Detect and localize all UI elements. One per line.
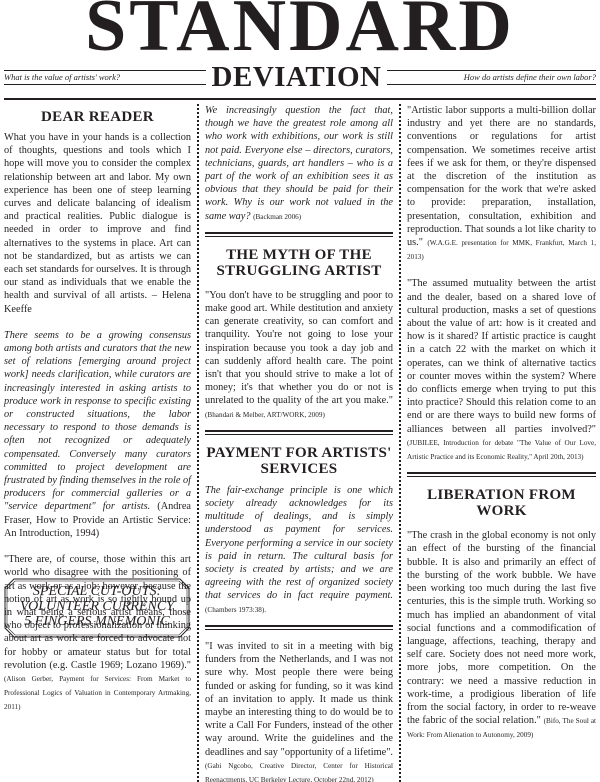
- section-heading-liberation: LIBERATION FROM WORK: [407, 487, 596, 519]
- bifo-quote: "The crash in the global economy is not …: [407, 529, 596, 742]
- quote-citation: (Gabi Ngcobo, Creative Director, Center …: [205, 762, 393, 782]
- section-heading-payment: PAYMENT FOR ARTISTS' SERVICES: [205, 445, 393, 477]
- wage-quote: "Artistic labor supports a multi-billion…: [407, 104, 596, 264]
- quote-text: We increasingly question the fact that, …: [205, 105, 393, 222]
- quote-citation: (Backman 2006): [253, 213, 301, 221]
- section-rule: [205, 232, 393, 237]
- column-2: We increasingly question the fact that, …: [205, 104, 393, 782]
- cutouts-text: SPECIAL CUT-OUTS: VOLUNTEER CURRENCY 5 F…: [4, 584, 190, 629]
- column-divider: [399, 104, 401, 782]
- fraser-quote: There seems to be a growing consensus am…: [4, 329, 191, 540]
- section-heading-dear-reader: DEAR READER: [4, 109, 191, 125]
- quote-text: "The assumed mutuality between the artis…: [407, 278, 596, 434]
- cutouts-line-3: 5 FINGERS MNEMONIC: [4, 614, 190, 629]
- quote-text: "The crash in the global economy is not …: [407, 530, 596, 726]
- column-3: "Artistic labor supports a multi-billion…: [407, 104, 596, 782]
- backman-quote: We increasingly question the fact that, …: [205, 104, 393, 224]
- quote-citation: (Alison Gerber, Payment for Services: Fr…: [4, 675, 191, 711]
- tagline-left: What is the value of artists' work?: [4, 70, 206, 85]
- quote-text: "You don't have to be struggling and poo…: [205, 290, 393, 407]
- quote-citation: (Bhandari & Melber, ART/WORK, 2009): [205, 411, 325, 419]
- publication-title: STANDARD: [0, 0, 600, 66]
- payment-quote: The fair-exchange principle is one which…: [205, 484, 393, 617]
- section-heading-myth: THE MYTH OF THE STRUGGLING ARTIST: [205, 247, 393, 279]
- special-cutouts-box: SPECIAL CUT-OUTS: VOLUNTEER CURRENCY 5 F…: [4, 578, 190, 638]
- myth-quote: "You don't have to be struggling and poo…: [205, 289, 393, 422]
- quote-citation: (W.A.G.E. presentation for MMK, Frankfur…: [407, 239, 596, 261]
- subtitle-row: What is the value of artists' work? DEVI…: [0, 64, 600, 94]
- quote-text: The fair-exchange principle is one which…: [205, 485, 393, 602]
- masthead-rule: [4, 98, 596, 100]
- jubilee-quote: "The assumed mutuality between the artis…: [407, 277, 596, 464]
- cutouts-line-1: SPECIAL CUT-OUTS:: [4, 584, 190, 599]
- publication-subtitle: DEVIATION: [206, 62, 387, 92]
- section-rule: [205, 625, 393, 630]
- cutouts-line-2: VOLUNTEER CURRENCY: [4, 599, 190, 614]
- quote-text: "I was invited to sit in a meeting with …: [205, 641, 393, 758]
- quote-text: There seems to be a growing consensus am…: [4, 330, 191, 513]
- quote-citation: (Chambers 1973:38).: [205, 606, 266, 614]
- section-rule: [407, 472, 596, 477]
- quote-citation: (JUBILEE, Introduction for debate "The V…: [407, 439, 596, 461]
- masthead: STANDARD What is the value of artists' w…: [0, 0, 600, 98]
- column-1: DEAR READER What you have in your hands …: [4, 104, 191, 782]
- quote-text: "Artistic labor supports a multi-billion…: [407, 105, 596, 248]
- tagline-right: How do artists define their own labor?: [387, 70, 596, 85]
- ngcobo-quote: "I was invited to sit in a meeting with …: [205, 640, 393, 782]
- dear-reader-letter: What you have in your hands is a collect…: [4, 131, 191, 316]
- column-divider: [197, 104, 199, 782]
- section-rule: [205, 430, 393, 435]
